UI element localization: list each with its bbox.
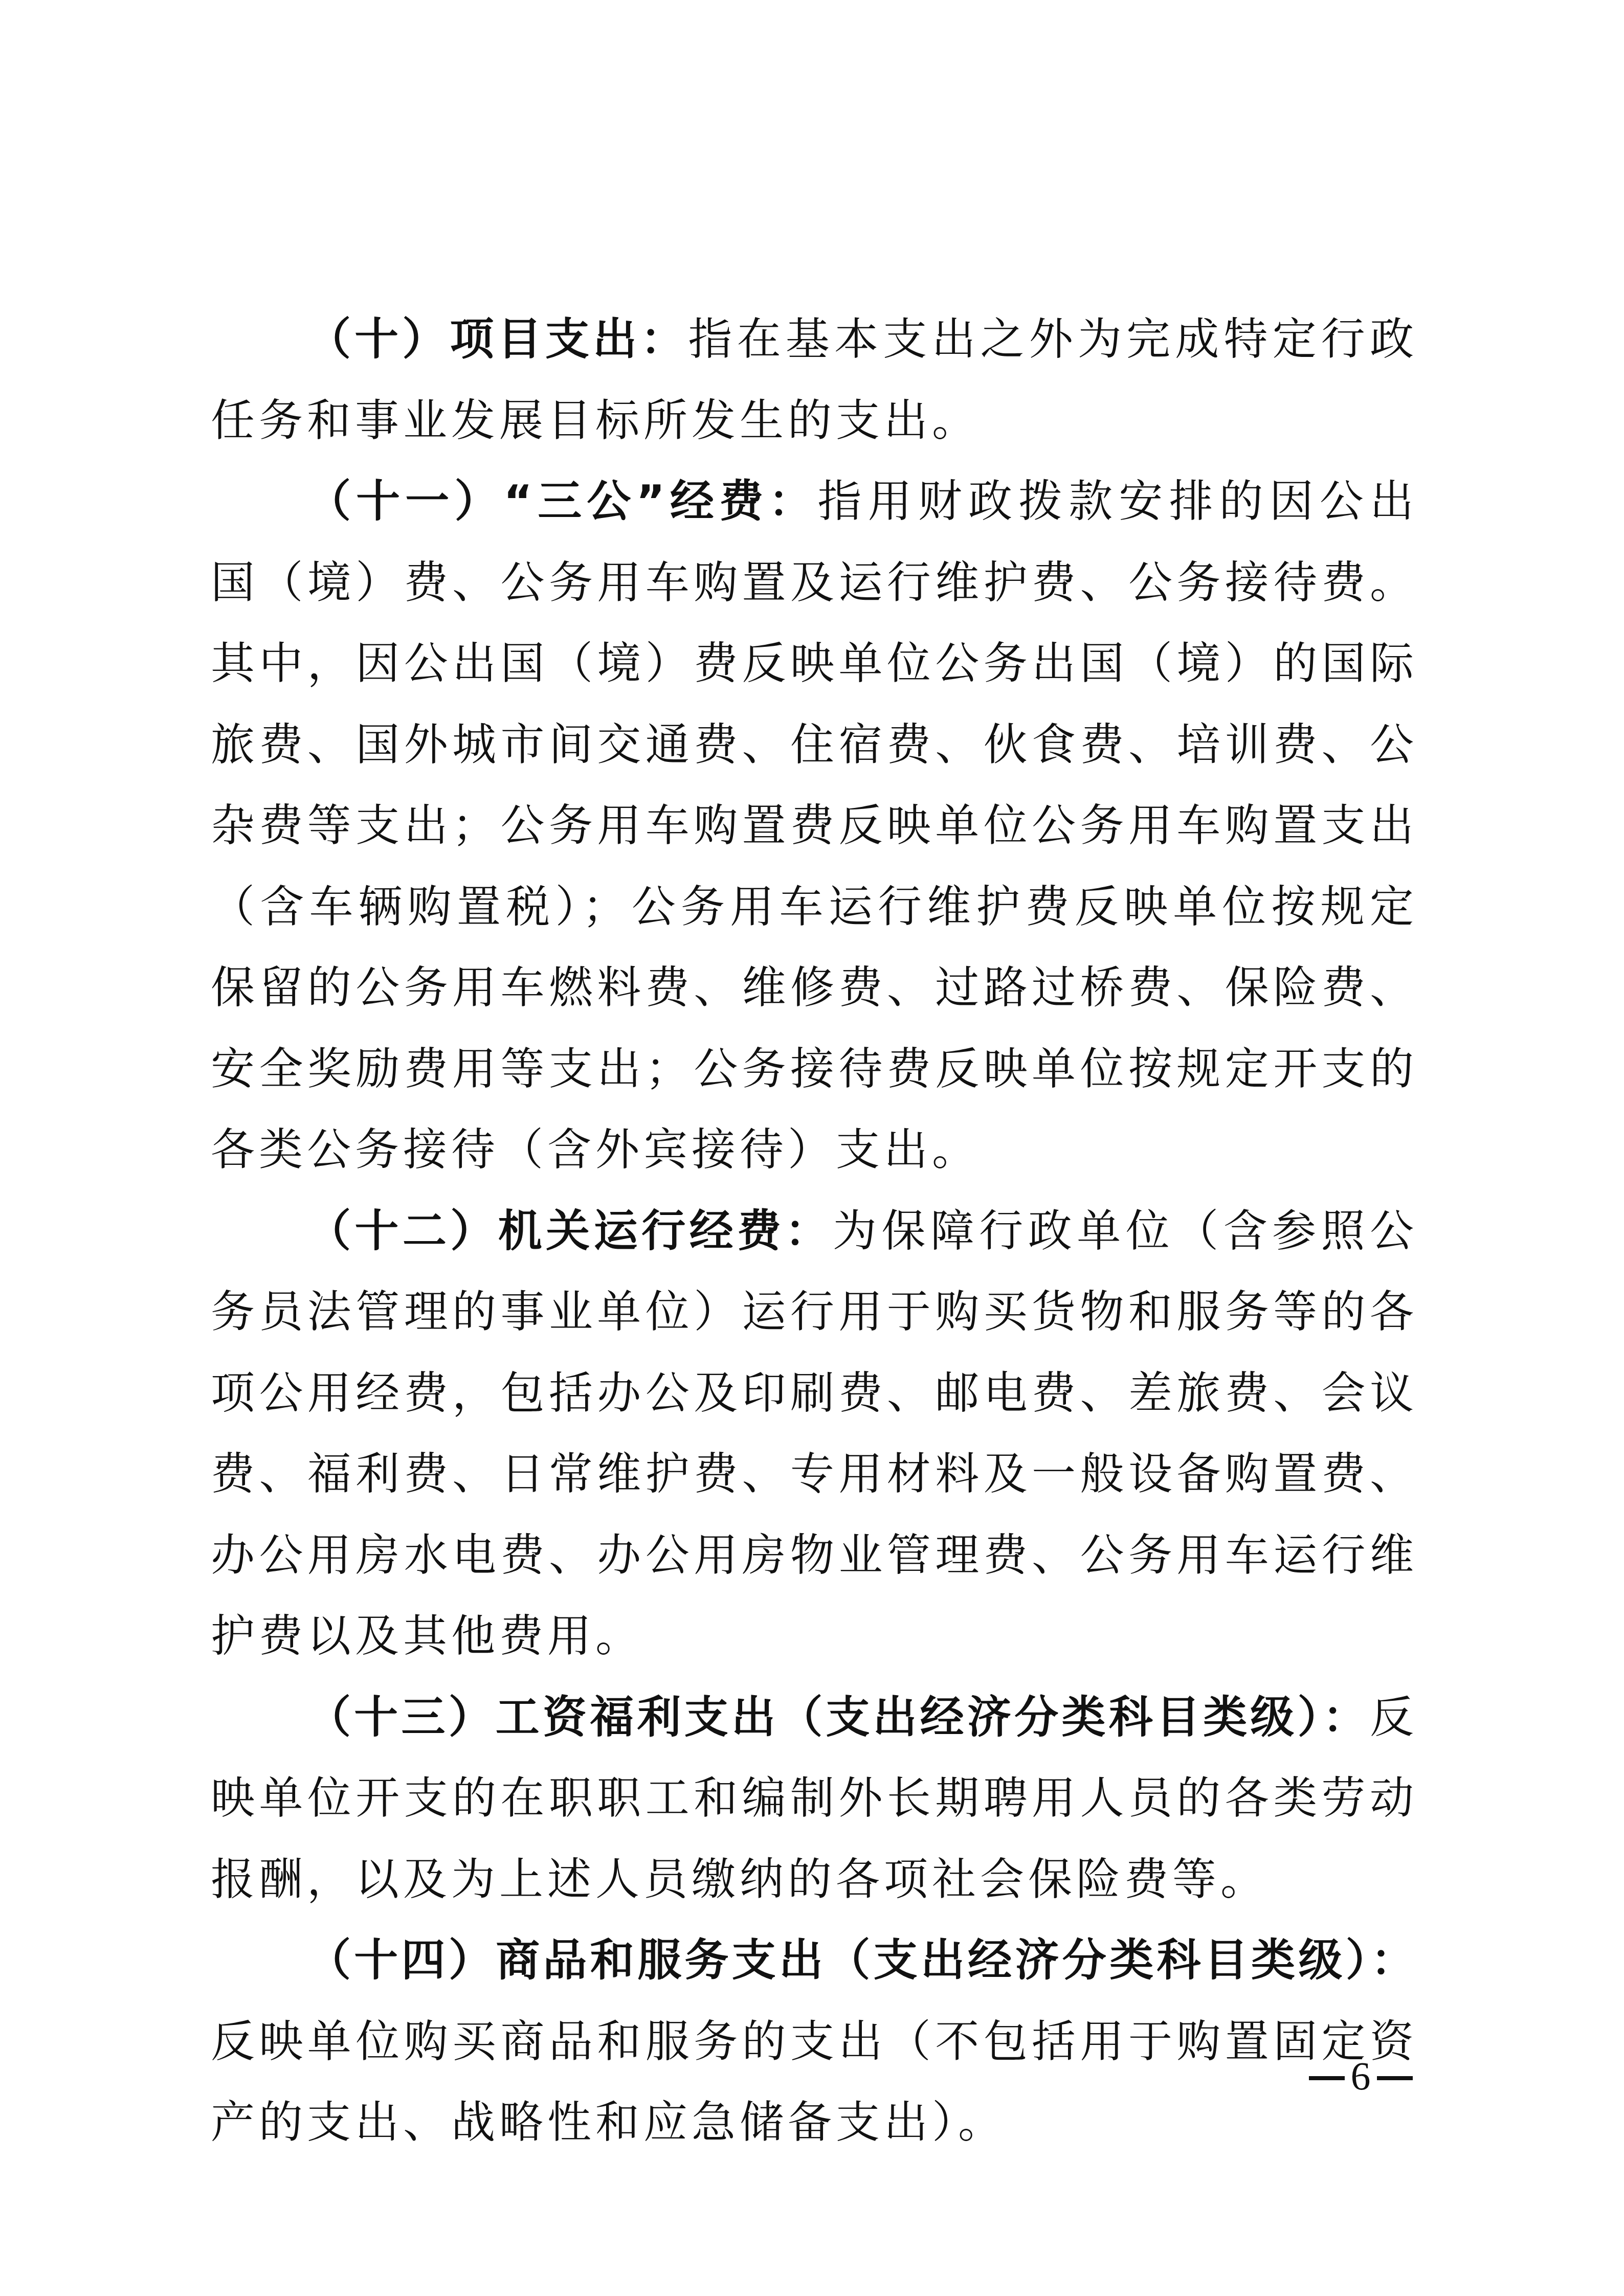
paragraph-agency-operating-expenses: （十二）机关运行经费：为保障行政单位（含参照公务员法管理的事业单位）运行用于购买… (211, 1191, 1418, 1677)
paragraph-lead-term: （十）项目支出： (307, 314, 688, 365)
document-page: （十）项目支出：指在基本支出之外为完成特定行政任务和事业发展目标所发生的支出。 … (0, 0, 1624, 2296)
paragraph-lead-term: （十四）商品和服务支出（支出经济分类科目类级）： (307, 1935, 1418, 1986)
paragraph-lead-term: （十三）工资福利支出（支出经济分类科目类级）： (307, 1692, 1370, 1743)
paragraph-text: 指用财政拨款安排的因公出国（境）费、公务用车购置及运行维护费、公务接待费。其中，… (211, 476, 1418, 1176)
dash-left-decoration (1309, 2076, 1345, 2080)
page-number: 6 (1351, 2054, 1371, 2098)
paragraph-lead-term: （十一）“三公”经费： (307, 476, 818, 527)
dash-right-decoration (1377, 2076, 1413, 2080)
paragraph-wage-welfare-expenditure: （十三）工资福利支出（支出经济分类科目类级）：反映单位开支的在职职工和编制外长期… (211, 1677, 1418, 1921)
paragraph-text: 为保障行政单位（含参照公务员法管理的事业单位）运行用于购买货物和服务等的各项公用… (211, 1206, 1418, 1662)
paragraph-goods-services-expenditure: （十四）商品和服务支出（支出经济分类科目类级）：反映单位购买商品和服务的支出（不… (211, 1920, 1418, 2164)
document-body: （十）项目支出：指在基本支出之外为完成特定行政任务和事业发展目标所发生的支出。 … (211, 299, 1418, 2164)
paragraph-lead-term: （十二）机关运行经费： (307, 1206, 833, 1257)
page-number-footer: 6 (1299, 2051, 1422, 2102)
paragraph-text: 反映单位购买商品和服务的支出（不包括用于购置固定资产的支出、战略性和应急储备支出… (211, 2016, 1418, 2149)
paragraph-three-public-expenses: （十一）“三公”经费：指用财政拨款安排的因公出国（境）费、公务用车购置及运行维护… (211, 461, 1418, 1191)
paragraph-project-expenditure: （十）项目支出：指在基本支出之外为完成特定行政任务和事业发展目标所发生的支出。 (211, 299, 1418, 461)
